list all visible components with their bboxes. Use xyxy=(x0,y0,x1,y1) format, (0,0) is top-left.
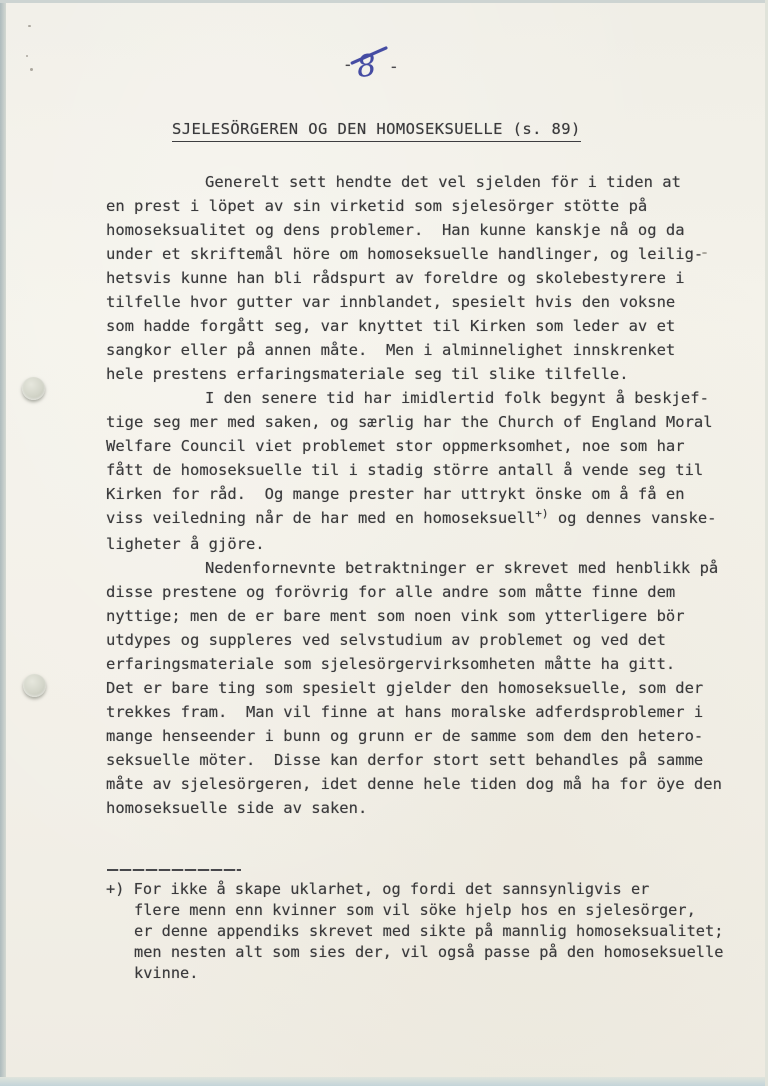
scan-edge-bottom xyxy=(0,1077,768,1086)
scan-speck xyxy=(28,25,31,27)
scan-speck xyxy=(30,68,33,71)
page-number-dash-right: - xyxy=(389,57,399,76)
scan-edge-left xyxy=(0,0,6,1086)
document-body: Generelt sett hendte det vel sjelden för… xyxy=(106,170,756,820)
paragraph-2: I den senere tid har imidlertid folk beg… xyxy=(106,386,756,556)
handwritten-page-digit: 8 xyxy=(355,49,378,85)
scan-edge-top xyxy=(0,0,768,3)
hole-punch-bottom xyxy=(23,674,46,697)
footnote-separator-line xyxy=(107,869,241,871)
page-title: SJELESÖRGEREN OG DEN HOMOSEKSUELLE (s. 8… xyxy=(172,120,581,142)
paragraph-2-text: I den senere tid har imidlertid folk beg… xyxy=(106,389,713,527)
paragraph-3: Nedenfornevnte betraktninger er skrevet … xyxy=(106,556,756,820)
page-number: - 8 - xyxy=(340,42,414,98)
paragraph-1: Generelt sett hendte det vel sjelden för… xyxy=(106,170,756,386)
footnote-marker-reference: +) xyxy=(535,507,548,520)
hole-punch-top xyxy=(22,377,45,400)
scan-speck xyxy=(26,55,28,57)
footnote: +) For ikke å skape uklarhet, og fordi d… xyxy=(106,879,768,984)
scanned-document-page: - 8 - SJELESÖRGEREN OG DEN HOMOSEKSUELLE… xyxy=(0,0,768,1086)
